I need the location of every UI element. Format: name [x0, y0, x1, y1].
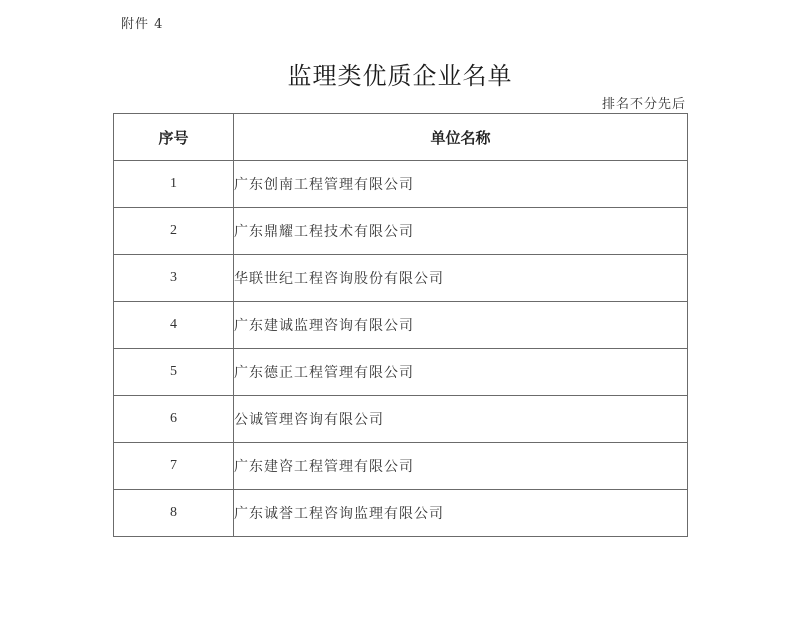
row-number: 8: [114, 490, 234, 537]
table-row: 3 华联世纪工程咨询股份有限公司: [114, 255, 688, 302]
row-number: 1: [114, 161, 234, 208]
company-name: 广东建咨工程管理有限公司: [234, 443, 688, 490]
table-row: 7 广东建咨工程管理有限公司: [114, 443, 688, 490]
table-header-row: 序号 单位名称: [114, 114, 688, 161]
table-row: 2 广东鼎耀工程技术有限公司: [114, 208, 688, 255]
table-row: 5 广东德正工程管理有限公司: [114, 349, 688, 396]
company-name: 公诚管理咨询有限公司: [234, 396, 688, 443]
company-name: 广东创南工程管理有限公司: [234, 161, 688, 208]
attachment-label: 附件 4: [121, 13, 163, 32]
row-number: 7: [114, 443, 234, 490]
table-row: 1 广东创南工程管理有限公司: [114, 161, 688, 208]
row-number: 2: [114, 208, 234, 255]
row-number: 4: [114, 302, 234, 349]
company-name: 广东鼎耀工程技术有限公司: [234, 208, 688, 255]
document-title: 监理类优质企业名单: [0, 56, 800, 91]
table-row: 6 公诚管理咨询有限公司: [114, 396, 688, 443]
company-name: 广东建诚监理咨询有限公司: [234, 302, 688, 349]
company-list-table: 序号 单位名称 1 广东创南工程管理有限公司 2 广东鼎耀工程技术有限公司 3 …: [113, 113, 688, 537]
ranking-note: 排名不分先后: [602, 93, 686, 112]
header-number: 序号: [114, 114, 234, 161]
company-name: 广东德正工程管理有限公司: [234, 349, 688, 396]
row-number: 3: [114, 255, 234, 302]
table-row: 8 广东诚誉工程咨询监理有限公司: [114, 490, 688, 537]
header-name: 单位名称: [234, 114, 688, 161]
row-number: 5: [114, 349, 234, 396]
company-name: 广东诚誉工程咨询监理有限公司: [234, 490, 688, 537]
company-name: 华联世纪工程咨询股份有限公司: [234, 255, 688, 302]
table-row: 4 广东建诚监理咨询有限公司: [114, 302, 688, 349]
row-number: 6: [114, 396, 234, 443]
